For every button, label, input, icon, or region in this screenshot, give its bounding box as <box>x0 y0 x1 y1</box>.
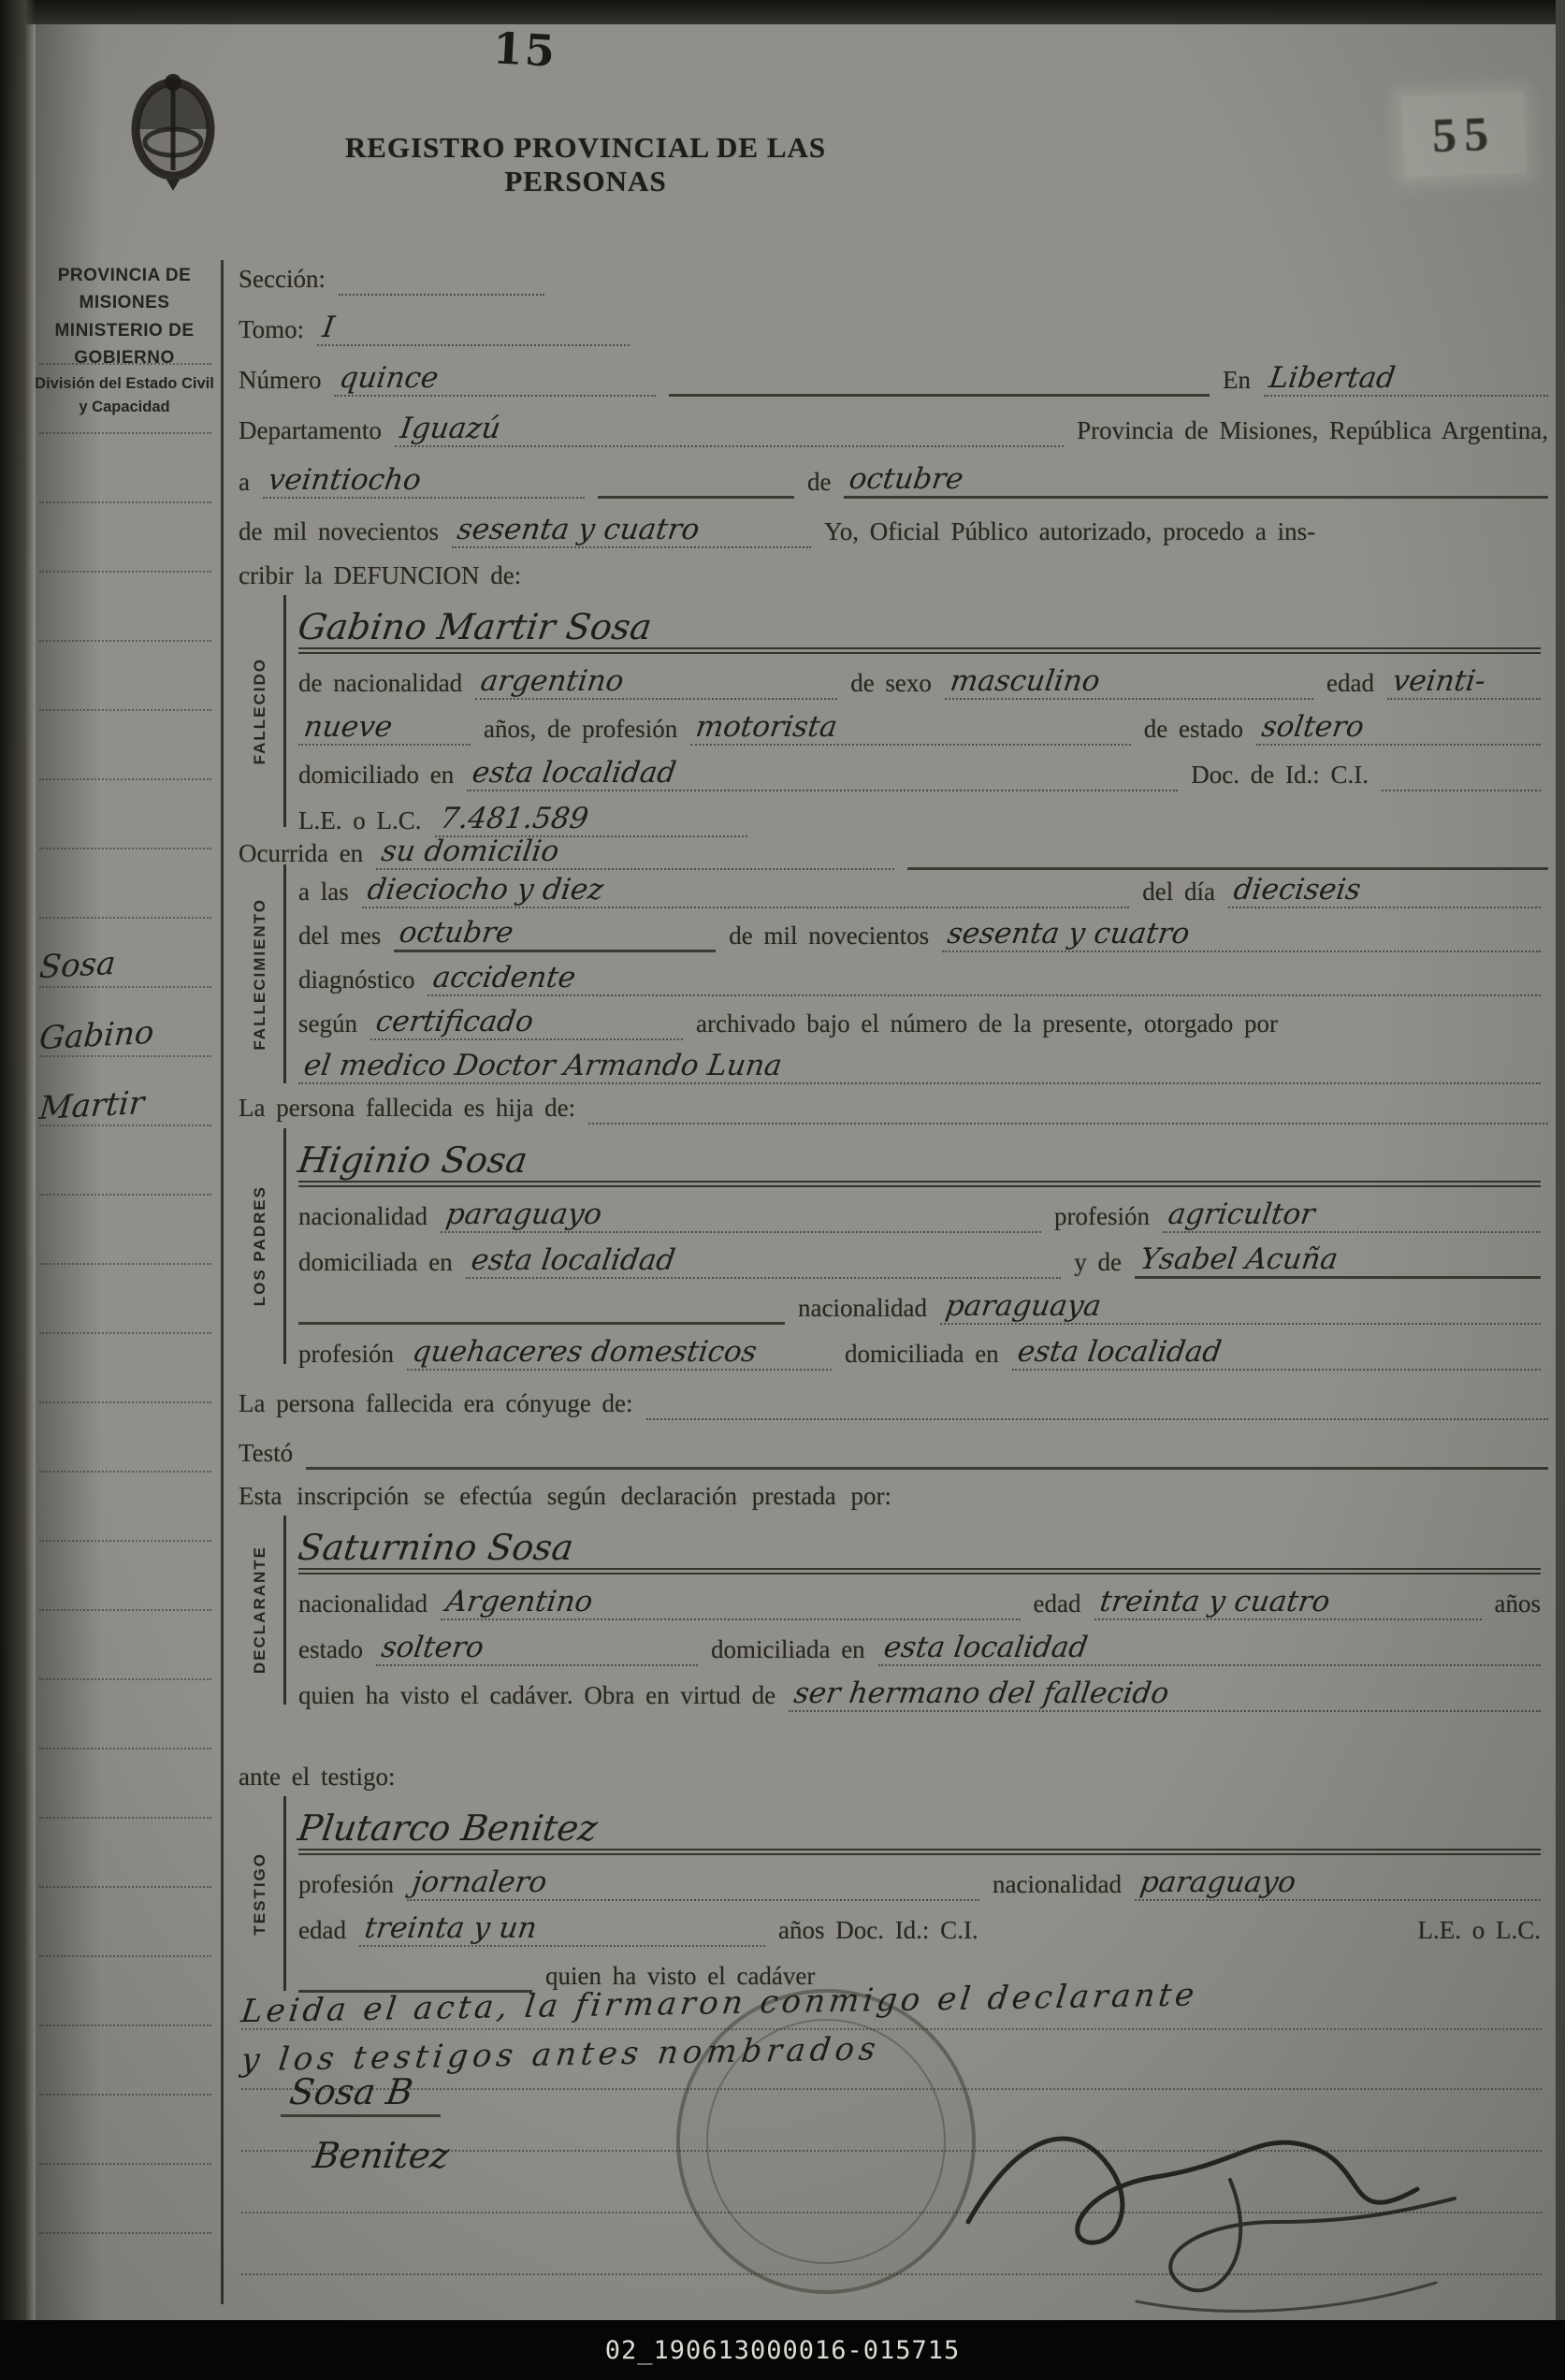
declarante-nacionalidad-label: nacionalidad <box>298 1589 427 1620</box>
letterhead-line2: MINISTERIO DE GOBIERNO <box>32 317 217 372</box>
row-anio: de mil novecientos sesenta y cuatro Yo, … <box>239 513 1548 548</box>
margin-ruled-line <box>39 432 211 434</box>
testigo-nacionalidad-label: nacionalidad <box>993 1870 1122 1901</box>
padres-blank-line <box>298 1290 785 1325</box>
fallecido-nombre: Gabino Martir Sosa <box>296 606 655 647</box>
row-departamento: Departamento Iguazú Provincia de Misione… <box>239 412 1548 447</box>
anio-fallecimiento-value: sesenta y cuatro <box>946 917 1192 951</box>
declarante-estado-value: soltero <box>379 1631 485 1664</box>
page-number: 15 <box>492 22 558 76</box>
testo-label: Testó <box>239 1439 293 1470</box>
declarante-nacionalidad-value: Argentino <box>443 1585 594 1618</box>
margin-ruled-line <box>39 1471 211 1473</box>
margin-surname: Sosa <box>37 945 117 987</box>
testigo-profesion-value: jornalero <box>410 1865 548 1899</box>
madre-profesion-value: quehaceres domesticos <box>410 1335 759 1369</box>
domicilio-label: domiciliado en <box>298 761 454 791</box>
row-seccion: Sección: <box>239 262 1548 296</box>
lugar-value: Libertad <box>1267 361 1397 395</box>
margin-ruled-line <box>39 1955 211 1957</box>
profesion-label: años, de profesión <box>484 715 677 746</box>
dia-value: veintiocho <box>266 463 423 497</box>
row-fecha: a veintiocho de octubre <box>239 462 1548 499</box>
declarante-section-rule <box>283 1516 286 1705</box>
edad-value-part2: nueve <box>301 710 394 744</box>
archive-footer-bar: 02_190613000016-015715 <box>0 2320 1565 2380</box>
padres-row1: nacionalidad paraguayo profesión agricul… <box>298 1187 1541 1233</box>
letterhead-line3: División del Estado Civil <box>32 372 217 396</box>
padres-row3: nacionalidad paraguaya <box>298 1279 1541 1325</box>
hija-label: La persona fallecida es hija de: <box>239 1094 575 1125</box>
margin-ruled-line <box>39 2024 211 2026</box>
signature-declarante-text: Sosa B <box>287 2071 415 2112</box>
diagnostico-value: accidente <box>431 961 578 994</box>
testigo-le-lc-label: L.E. o L.C. <box>1418 1916 1542 1947</box>
madre-domicilio-value: esta localidad <box>1015 1335 1224 1369</box>
fallecido-section-label: FALLECIDO <box>239 595 282 827</box>
testigo-row2: edad treinta y un años Doc. Id.: C.I. L.… <box>298 1901 1541 1947</box>
testigo-profesion-label: profesión <box>298 1870 394 1901</box>
fallecido-row2: nueve años, de profesión motorista de es… <box>298 700 1541 746</box>
fallecimiento-row5: el medico Doctor Armando Luna <box>298 1040 1541 1084</box>
le-lc-label: L.E. o L.C. <box>298 806 422 837</box>
dia-fallecimiento-label: del día <box>1142 878 1215 908</box>
dia-fallecimiento-value: dieciseis <box>1231 873 1363 907</box>
folio-stamp: 55 <box>1402 93 1527 177</box>
anos-label: años <box>1495 1589 1542 1620</box>
madre-profesion-label: profesión <box>298 1340 394 1371</box>
margin-ruled-line <box>39 2163 211 2165</box>
numero-label: Número <box>239 366 321 397</box>
testo-blank <box>306 1435 1548 1470</box>
margin-ruled-line <box>39 571 211 573</box>
margin-ruled-line <box>39 778 211 780</box>
fallecido-row4: L.E. o L.C. 7.481.589 <box>298 791 1541 837</box>
page-title: REGISTRO PROVINCIAL DE LAS PERSONAS <box>277 131 894 198</box>
row-conyuge: La persona fallecida era cónyuge de: <box>239 1386 1548 1420</box>
mes-value: octubre <box>848 462 966 496</box>
visto-cadaver-label: quien ha visto el cadáver. Obra en virtu… <box>298 1681 775 1712</box>
letterhead-line4: y Capacidad <box>32 396 217 419</box>
fallecimiento-row1: a las dieciocho y diez del día dieciseis <box>298 864 1541 908</box>
a-label: a <box>239 468 250 499</box>
seccion-blank <box>339 262 544 296</box>
coat-of-arms-icon <box>127 69 219 195</box>
seccion-label: Sección: <box>239 265 326 296</box>
padres-row4: profesión quehaceres domesticos domicili… <box>298 1325 1541 1371</box>
conyuge-blank <box>646 1386 1548 1420</box>
departamento-value: Iguazú <box>398 412 502 445</box>
doc-id-label: Doc. de Id.: C.I. <box>1191 761 1369 791</box>
testigo-edad-label: edad <box>298 1916 346 1947</box>
signature-declarante: Sosa B <box>281 2071 441 2117</box>
padre-domicilio-label: domiciliada en <box>298 1248 453 1279</box>
letterhead-line1: PROVINCIA DE MISIONES <box>32 262 217 317</box>
estado-value: soltero <box>1259 710 1366 744</box>
mes-fallecimiento-value: octubre <box>398 916 516 950</box>
margin-ruled-line <box>39 1748 211 1749</box>
anio-fallecimiento-label: de mil novecientos <box>729 922 929 952</box>
padre-nacionalidad-value: paraguayo <box>443 1197 603 1231</box>
en-label: En <box>1223 366 1251 397</box>
padre-profesion-label: profesión <box>1054 1202 1150 1233</box>
estado-label: de estado <box>1144 715 1243 746</box>
tomo-label: Tomo: <box>239 315 304 346</box>
sexo-label: de sexo <box>850 669 932 700</box>
madre-nombre: Ysabel Acuña <box>1138 1242 1340 1276</box>
anio-value: sesenta y cuatro <box>455 513 701 546</box>
numero-value: quince <box>338 361 441 395</box>
numero-line <box>669 362 1210 397</box>
declarante-edad-value: treinta y cuatro <box>1097 1585 1331 1618</box>
departamento-label: Departamento <box>239 416 382 447</box>
ocurrida-value: su domicilio <box>380 834 561 868</box>
margin-ruled-line <box>39 1817 211 1819</box>
diagnostico-label: diagnóstico <box>298 965 414 996</box>
profesion-value: motorista <box>694 710 840 744</box>
signature-testigo: Benitez <box>313 2135 449 2176</box>
fallecimiento-section-label: FALLECIMIENTO <box>239 864 282 1083</box>
archivado-label: archivado bajo el número de la presente,… <box>696 1009 1278 1040</box>
margin-ruled-line <box>39 1401 211 1403</box>
margin-ruled-line <box>39 709 211 711</box>
margin-ruled-line <box>39 917 211 919</box>
declarante-row2: estado soltero domiciliada en esta local… <box>298 1620 1541 1666</box>
margin-ruled-line <box>39 1263 211 1265</box>
section-fallecido: FALLECIDO Gabino Martir Sosa de nacional… <box>239 595 1548 833</box>
margin-middlename: Martir <box>37 1084 146 1127</box>
row-numero: Número quince En Libertad <box>239 361 1548 397</box>
padre-domicilio-value: esta localidad <box>469 1243 677 1277</box>
testigo-nombre: Plutarco Benitez <box>296 1807 601 1849</box>
scan-edge-top <box>0 0 1565 24</box>
row-testigo-intro: ante el testigo: <box>239 1763 1548 1793</box>
provincia-text: Provincia de Misiones, República Argenti… <box>1077 416 1548 447</box>
margin-ruled-line <box>39 640 211 642</box>
row-testo: Testó <box>239 1435 1548 1470</box>
edad-value-part1: veinti- <box>1390 664 1487 698</box>
le-lc-value: 7.481.589 <box>438 802 590 835</box>
margin-annotation: Sosa Gabino Martir <box>39 947 153 1157</box>
section-testigo: TESTIGO Plutarco Benitez profesión jorna… <box>239 1796 1548 1996</box>
testigo-intro-label: ante el testigo: <box>239 1763 395 1793</box>
medico-value: el medico Doctor Armando Luna <box>301 1049 784 1082</box>
margin-ruled-line <box>39 1886 211 1888</box>
declarante-row1: nacionalidad Argentino edad treinta y cu… <box>298 1575 1541 1620</box>
section-padres: LOS PADRES Higinio Sosa nacionalidad par… <box>239 1128 1548 1370</box>
padre-nombre: Higinio Sosa <box>296 1139 530 1181</box>
sexo-value: masculino <box>948 664 1102 698</box>
fallecido-row3: domiciliado en esta localidad Doc. de Id… <box>298 746 1541 791</box>
madre-nacionalidad-label: nacionalidad <box>798 1294 927 1325</box>
fallecimiento-row3: diagnóstico accidente <box>298 952 1541 996</box>
row-inscribir: cribir la DEFUNCION de: <box>239 561 1548 592</box>
testigo-doc-label: años Doc. Id.: C.I. <box>778 1916 978 1947</box>
declarante-domicilio-label: domiciliada en <box>711 1635 865 1666</box>
testigo-edad-value: treinta y un <box>362 1911 539 1945</box>
nacionalidad-value: argentino <box>479 664 627 698</box>
doc-id-blank <box>1382 758 1541 791</box>
scanned-death-certificate: 15 REGISTRO PROVINCIAL DE LAS PERSONAS 5… <box>0 0 1565 2380</box>
y-de-label: y de <box>1074 1248 1122 1279</box>
declarante-edad-label: edad <box>1034 1589 1081 1620</box>
section-fallecimiento: FALLECIMIENTO a las dieciocho y diez del… <box>239 864 1548 1089</box>
fallecimiento-section-rule <box>283 864 286 1083</box>
margin-ruled-line <box>39 848 211 849</box>
margin-ruled-line <box>39 2232 211 2234</box>
letterhead: PROVINCIA DE MISIONES MINISTERIO DE GOBI… <box>32 262 217 418</box>
padre-name-line: Higinio Sosa <box>298 1128 1541 1187</box>
domicilio-value: esta localidad <box>471 756 679 790</box>
margin-ruled-line <box>39 1609 211 1611</box>
testigo-section-rule <box>283 1796 286 1991</box>
margin-ruled-line <box>39 1540 211 1542</box>
oficial-text: Yo, Oficial Público autorizado, procedo … <box>824 517 1315 548</box>
row-hija: La persona fallecida es hija de: <box>239 1091 1548 1125</box>
margin-firstname: Gabino <box>37 1014 155 1058</box>
padre-profesion-value: agricultor <box>1166 1197 1316 1231</box>
row-declaracion: Esta inscripción se efectúa según declar… <box>239 1482 1548 1513</box>
certificado-value: certificado <box>373 1005 535 1038</box>
segun-label: según <box>298 1009 357 1040</box>
declarante-domicilio-value: esta localidad <box>881 1631 1090 1664</box>
mes-fallecimiento-label: del mes <box>298 922 381 952</box>
defuncion-text: cribir la DEFUNCION de: <box>239 561 521 592</box>
testigo-nacionalidad-value: paraguayo <box>1138 1865 1297 1899</box>
virtud-value: ser hermano del fallecido <box>792 1676 1171 1710</box>
padres-section-label: LOS PADRES <box>239 1128 282 1364</box>
fallecido-section-rule <box>283 595 286 827</box>
fallecimiento-row2: del mes octubre de mil novecientos sesen… <box>298 908 1541 952</box>
padres-section-rule <box>283 1128 286 1364</box>
testigo-name-line: Plutarco Benitez <box>298 1796 1541 1855</box>
edad-label: edad <box>1326 669 1374 700</box>
padre-nacionalidad-label: nacionalidad <box>298 1202 427 1233</box>
fecha-line <box>598 464 794 499</box>
fallecido-name-line: Gabino Martir Sosa <box>298 595 1541 654</box>
testigo-section-label: TESTIGO <box>239 1796 282 1991</box>
conyuge-label: La persona fallecida era cónyuge de: <box>239 1389 633 1420</box>
scan-edge-left <box>0 0 36 2380</box>
padres-row2: domiciliada en esta localidad y de Ysabe… <box>298 1233 1541 1279</box>
official-signature <box>949 2082 1473 2325</box>
section-declarante: DECLARANTE Saturnino Sosa nacionalidad A… <box>239 1516 1548 1710</box>
column-divider <box>221 260 224 2304</box>
hora-value: dieciocho y diez <box>365 873 605 907</box>
tomo-value: I <box>321 311 337 344</box>
row-tomo: Tomo: I <box>239 311 1548 346</box>
margin-ruled-line <box>39 501 211 503</box>
nacionalidad-label: de nacionalidad <box>298 669 462 700</box>
declarante-row3: quien ha visto el cadáver. Obra en virtu… <box>298 1666 1541 1712</box>
de-label: de <box>807 468 831 499</box>
hija-blank <box>588 1091 1548 1125</box>
declarante-estado-label: estado <box>298 1635 363 1666</box>
testigo-row1: profesión jornalero nacionalidad paragua… <box>298 1855 1541 1901</box>
signature-testigo-text: Benitez <box>311 2135 452 2176</box>
archive-reference: 02_190613000016-015715 <box>605 2336 961 2365</box>
madre-nacionalidad-value: paraguaya <box>943 1289 1103 1323</box>
madre-domicilio-label: domiciliada en <box>845 1340 999 1371</box>
margin-ruled-line <box>39 1678 211 1680</box>
margin-ruled-line <box>39 1332 211 1334</box>
fallecimiento-row4: según certificado archivado bajo el núme… <box>298 996 1541 1040</box>
declarante-nombre: Saturnino Sosa <box>296 1527 576 1568</box>
milnovecientos-label: de mil novecientos <box>239 517 439 548</box>
margin-ruled-line <box>39 1194 211 1196</box>
hora-label: a las <box>298 878 349 908</box>
fallecido-row1: de nacionalidad argentino de sexo mascul… <box>298 654 1541 700</box>
declaracion-label: Esta inscripción se efectúa según declar… <box>239 1482 891 1513</box>
declarante-section-label: DECLARANTE <box>239 1516 282 1705</box>
scan-edge-right <box>1556 0 1565 2380</box>
declarante-name-line: Saturnino Sosa <box>298 1516 1541 1575</box>
margin-ruled-line <box>39 2094 211 2096</box>
